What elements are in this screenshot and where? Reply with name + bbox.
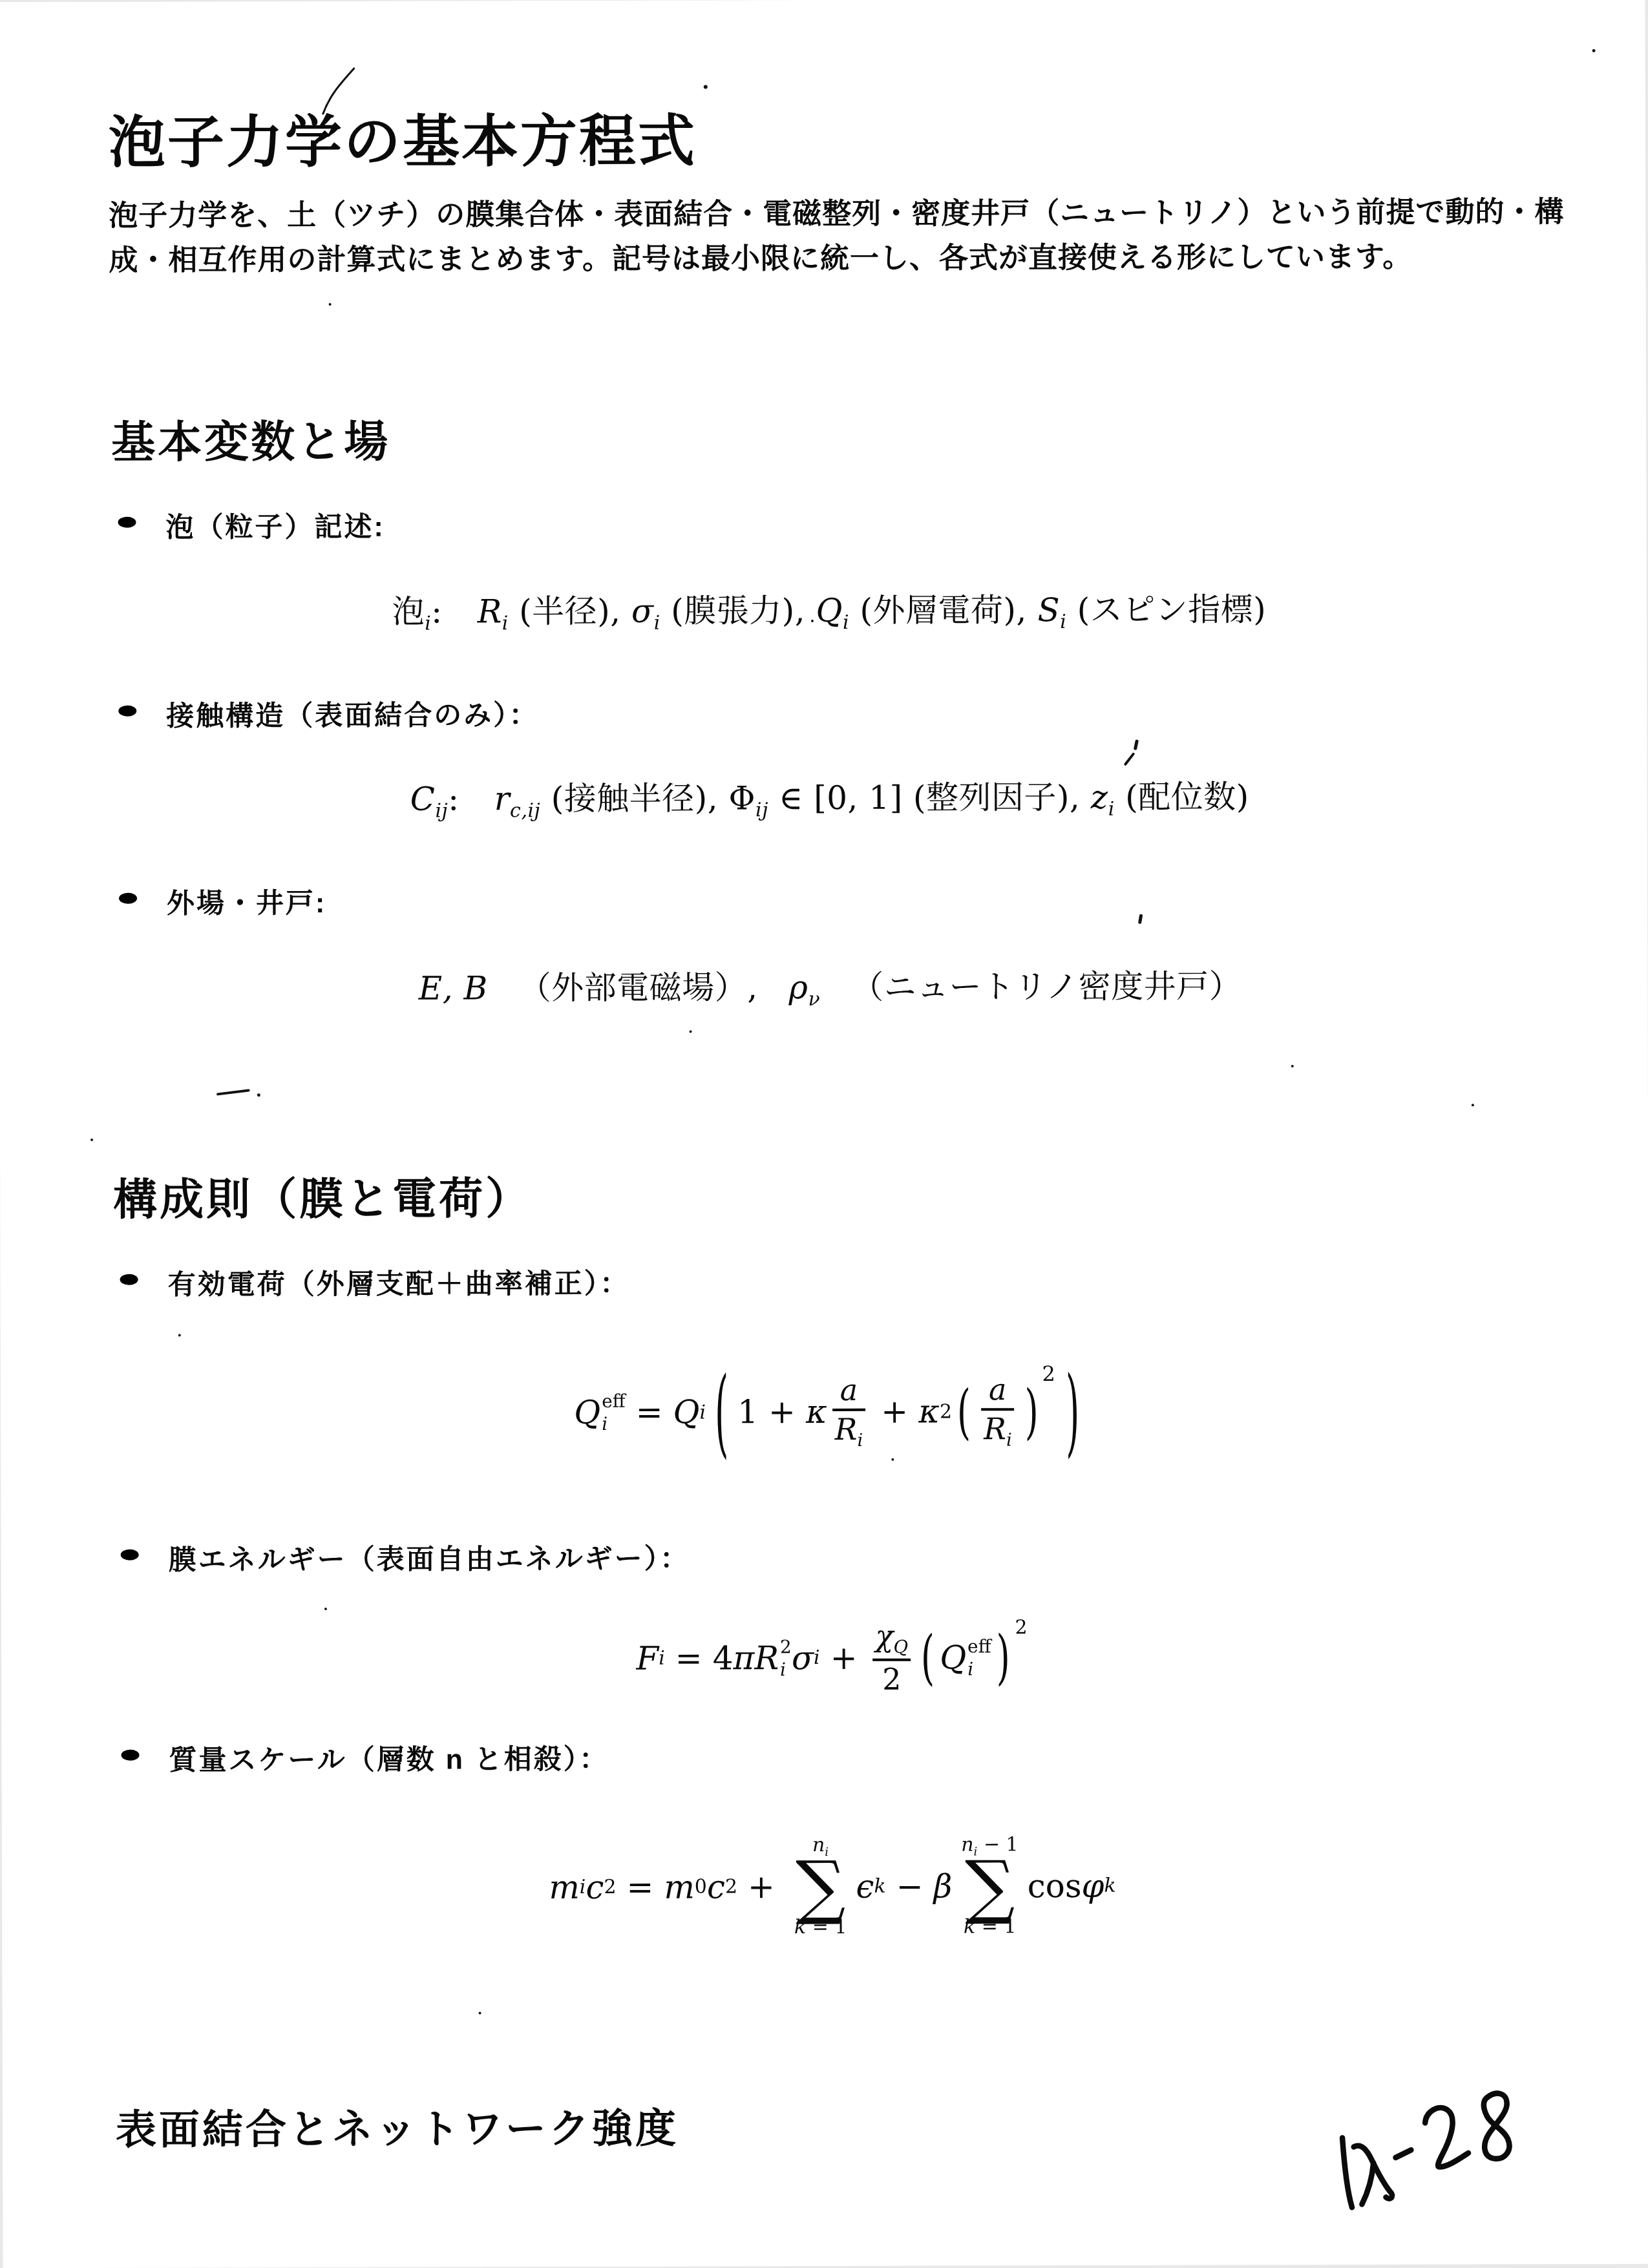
math-token: Q bbox=[673, 1394, 699, 1431]
scan-speck bbox=[690, 1031, 692, 1033]
math-token: (配位数) bbox=[1115, 778, 1249, 816]
math-token: c,ij bbox=[510, 799, 540, 822]
scan-speck bbox=[811, 620, 814, 622]
section-heading-network: 表面結合とネットワーク強度 bbox=[116, 2096, 679, 2156]
math-token: + bbox=[830, 1639, 858, 1676]
math-token: 2 bbox=[780, 1635, 792, 1658]
math-token: i bbox=[659, 1647, 665, 1670]
math-token: κ bbox=[806, 1393, 827, 1431]
math-token: eff bbox=[967, 1635, 991, 1657]
formula-contact-variables: Cij:rc,ij (接触半径), Φij ∈ [0, 1] (整列因子), z… bbox=[0, 770, 1648, 824]
math-token: (外層電荷), bbox=[849, 591, 1037, 629]
math-token: （ニュートリノ密度井戸） bbox=[851, 967, 1241, 1006]
math-token: c bbox=[707, 1868, 725, 1906]
math-token: σ bbox=[792, 1639, 814, 1677]
formula-field-variables: E, B（外部電磁場）,ρν（ニュートリノ密度井戸） bbox=[0, 960, 1648, 1013]
math-token: 1 bbox=[737, 1393, 758, 1431]
math-token: i bbox=[425, 613, 431, 635]
summation: ni ∑ k = 1 bbox=[794, 1834, 847, 1939]
math-token: ) bbox=[1066, 1355, 1080, 1467]
math-token: ν bbox=[808, 988, 820, 1011]
math-token: i bbox=[843, 611, 849, 634]
equation-membrane-energy: Fi = 4πR2iσi + χQ2 ( Qeffi ) 2 bbox=[1, 1593, 1648, 1723]
math-token: Q bbox=[816, 592, 843, 629]
math-token: k bbox=[794, 1916, 806, 1938]
math-token: χ bbox=[875, 1618, 893, 1653]
math-token: Q bbox=[574, 1394, 600, 1431]
math-token: z bbox=[1091, 779, 1108, 816]
math-token: Φ bbox=[728, 779, 755, 817]
math-token: ϵ bbox=[856, 1867, 874, 1905]
math-token: : bbox=[431, 593, 443, 631]
scan-speck bbox=[1592, 49, 1596, 52]
sigma-symbol: ∑ bbox=[796, 1859, 845, 1916]
math-token: = bbox=[636, 1394, 663, 1431]
bullet-bubble-description: 泡（粒子）記述: bbox=[118, 505, 385, 545]
math-token: Q bbox=[940, 1639, 966, 1676]
bullet-contact-structure: 接触構造（表面結合のみ）： bbox=[118, 693, 539, 734]
scan-tick bbox=[1138, 914, 1143, 924]
equation-effective-charge: Qeffi = Qi ( 1 + κ aRi + κ2 ( aRi ) 2 ) bbox=[1, 1345, 1648, 1479]
sigma-symbol: ∑ bbox=[965, 1859, 1015, 1916]
math-token: π bbox=[733, 1639, 754, 1677]
bullet-label: 泡（粒子）記述: bbox=[165, 505, 385, 545]
math-token: κ bbox=[918, 1393, 940, 1431]
math-token: 2 bbox=[1042, 1361, 1055, 1386]
math-token: F bbox=[636, 1639, 659, 1677]
math-token: R bbox=[478, 593, 502, 630]
fraction: aRi bbox=[981, 1372, 1015, 1450]
scan-speck bbox=[891, 1458, 894, 1461]
math-token: ∈ [0, 1] bbox=[768, 779, 913, 817]
bullet-label: 接触構造（表面結合のみ）： bbox=[166, 693, 539, 734]
bullet-label: 外場・井戸: bbox=[167, 881, 326, 921]
math-token: ij bbox=[435, 800, 448, 823]
math-token: cos bbox=[1028, 1867, 1082, 1904]
math-token: R bbox=[835, 1412, 858, 1447]
math-token: 0 bbox=[695, 1875, 707, 1898]
scan-speck bbox=[1291, 1065, 1294, 1067]
scan-speck bbox=[583, 160, 586, 162]
math-token: − bbox=[896, 1867, 924, 1905]
math-token: = 1 bbox=[806, 1916, 847, 1938]
intro-paragraph: 泡子力学を、土（ツチ）の膜集合体・表面結合・電磁整列・密度井戸（ニュートリノ）と… bbox=[109, 189, 1569, 282]
math-token: E, B bbox=[419, 969, 488, 1007]
intro-line-2: 成・相互作用の計算式にまとめます。記号は最小限に統一し、各式が直接使える形にして… bbox=[109, 234, 1569, 282]
bullet-mass-scale: 質量スケール（層数 n と相殺）： bbox=[121, 1738, 609, 1778]
bullet-dot-icon bbox=[118, 517, 136, 528]
scan-speck bbox=[1472, 1104, 1474, 1106]
scan-speck bbox=[178, 1334, 181, 1337]
math-token: R bbox=[984, 1411, 1006, 1446]
math-token: i bbox=[602, 1413, 607, 1434]
equation-mass-scale: mic2 = m0c2 + ni ∑ k = 1 ϵk − β ni − 1 ∑… bbox=[2, 1822, 1648, 1952]
math-token: a bbox=[989, 1372, 1007, 1407]
scan-speck bbox=[479, 2011, 481, 2014]
scan-speck bbox=[329, 303, 332, 306]
math-token: i bbox=[1060, 611, 1066, 633]
math-token: = 1 bbox=[975, 1915, 1016, 1938]
math-token: (スピン指標) bbox=[1066, 591, 1266, 629]
math-token: （外部電磁場）, bbox=[519, 969, 758, 1007]
math-token: : bbox=[448, 780, 460, 817]
math-token: i bbox=[780, 1659, 786, 1680]
bullet-effective-charge: 有効電荷（外層支配＋曲率補正）： bbox=[120, 1262, 630, 1303]
math-token: ij bbox=[755, 799, 768, 821]
math-token: i bbox=[700, 1401, 706, 1423]
handwritten-page-number bbox=[1322, 2081, 1542, 2213]
math-token: = bbox=[675, 1639, 703, 1677]
math-token: + bbox=[748, 1868, 775, 1906]
intro-line-1: 泡子力学を、土（ツチ）の膜集合体・表面結合・電磁整列・密度井戸（ニュートリノ）と… bbox=[109, 189, 1569, 238]
bullet-dot-icon bbox=[121, 1750, 139, 1761]
math-token: ( bbox=[957, 1377, 971, 1446]
section-heading-constitutive: 構成則（膜と電荷） bbox=[113, 1164, 532, 1228]
scan-speck bbox=[704, 85, 708, 89]
fraction: χQ2 bbox=[872, 1619, 911, 1696]
math-token: 2 bbox=[604, 1876, 616, 1898]
math-token: = bbox=[626, 1868, 653, 1906]
math-token: ) bbox=[1024, 1377, 1038, 1446]
scan-speck bbox=[324, 1608, 327, 1610]
bullet-membrane-energy: 膜エネルギー（表面自由エネルギー）： bbox=[121, 1537, 690, 1578]
formula-bubble-variables: 泡i:Ri (半径), σi (膜張力), Qi (外層電荷), Si (スピン… bbox=[0, 583, 1648, 636]
math-token: β bbox=[933, 1867, 952, 1905]
math-token: (接触半径), bbox=[540, 779, 728, 817]
math-token: σ bbox=[631, 593, 654, 630]
math-token: φ bbox=[1081, 1867, 1104, 1904]
math-token: 4 bbox=[713, 1639, 734, 1677]
math-token: i bbox=[1006, 1429, 1012, 1450]
math-token: 泡 bbox=[392, 593, 425, 631]
math-token: i bbox=[857, 1429, 863, 1451]
math-token: 2 bbox=[880, 1662, 903, 1696]
math-token: ρ bbox=[788, 969, 808, 1006]
math-token: 2 bbox=[1015, 1616, 1027, 1639]
math-token: r bbox=[494, 780, 511, 817]
math-token: C bbox=[410, 781, 436, 818]
math-token: ) bbox=[996, 1622, 1009, 1692]
bullet-label: 質量スケール（層数 n と相殺）： bbox=[169, 1738, 609, 1778]
summation: ni − 1 ∑ k = 1 bbox=[961, 1834, 1019, 1938]
math-token: 2 bbox=[940, 1400, 952, 1423]
scan-squiggle bbox=[217, 1089, 250, 1095]
scan-tick bbox=[1134, 739, 1139, 750]
math-token: R bbox=[754, 1639, 779, 1677]
bullet-label: 有効電荷（外層支配＋曲率補正）： bbox=[168, 1262, 630, 1303]
math-token: k bbox=[964, 1915, 975, 1938]
math-token: i bbox=[654, 612, 660, 635]
bullet-external-fields: 外場・井戸: bbox=[119, 881, 326, 921]
section-heading-basics: 基本変数と場 bbox=[111, 407, 390, 470]
math-token: c bbox=[586, 1868, 604, 1906]
fraction: aRi bbox=[832, 1373, 866, 1451]
page-title: 泡子力学の基本方程式 bbox=[109, 96, 697, 179]
math-token: (整列因子), bbox=[913, 779, 1091, 817]
math-token: Q bbox=[893, 1635, 908, 1657]
math-token: i bbox=[967, 1658, 973, 1679]
math-token: S bbox=[1037, 591, 1060, 629]
math-token: k bbox=[874, 1875, 885, 1898]
math-token: + bbox=[881, 1393, 908, 1431]
math-token: 2 bbox=[725, 1875, 737, 1898]
math-token: i bbox=[502, 612, 509, 635]
bullet-dot-icon bbox=[118, 706, 136, 717]
math-token: k bbox=[1104, 1874, 1116, 1897]
bullet-dot-icon bbox=[119, 893, 137, 904]
scan-speck bbox=[257, 1093, 260, 1097]
math-token: (膜張力), bbox=[660, 592, 816, 630]
math-token: i bbox=[580, 1876, 586, 1898]
math-token: m bbox=[664, 1868, 695, 1906]
math-token: (半径), bbox=[509, 593, 631, 630]
scanned-document-page: 泡子力学の基本方程式 泡子力学を、土（ツチ）の膜集合体・表面結合・電磁整列・密度… bbox=[0, 0, 1648, 2268]
math-token: ( bbox=[715, 1356, 729, 1468]
math-token: eff bbox=[602, 1390, 626, 1412]
bullet-dot-icon bbox=[121, 1549, 139, 1560]
bullet-dot-icon bbox=[120, 1274, 138, 1285]
scan-speck bbox=[90, 1139, 93, 1141]
math-token: + bbox=[768, 1393, 796, 1431]
math-token: ( bbox=[921, 1623, 935, 1692]
math-token: i bbox=[1108, 798, 1115, 821]
math-token: a bbox=[840, 1372, 858, 1407]
math-token: i bbox=[814, 1646, 820, 1669]
math-token: m bbox=[549, 1868, 580, 1906]
scan-tick bbox=[1124, 752, 1136, 766]
bullet-label: 膜エネルギー（表面自由エネルギー）： bbox=[169, 1537, 690, 1578]
